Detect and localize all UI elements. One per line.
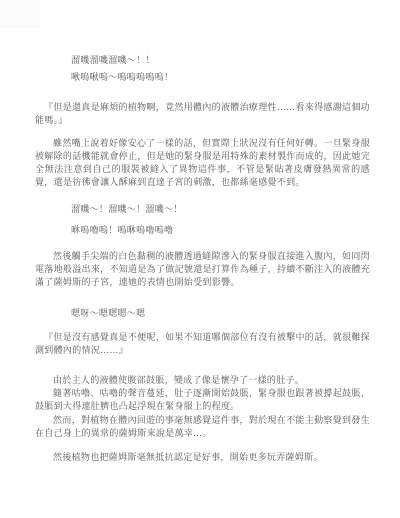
body-paragraph: 隨著咕嚕、咕嚕的聲音蔓延，肚子逐漸開始鼓脹，緊身服也跟著被撐起鼓脹，鼓脹到大得連…: [35, 387, 370, 413]
sound-line: 啾嗚啾嗚～嗚嗚嗚嗚嗚！: [35, 71, 370, 84]
novel-page: 溜嘰溜嘰溜嘰～！！ 啾嗚啾嗚～嗚嗚嗚嗚嗚！ 『但是還真是麻煩的植物啊，竟然用體內…: [0, 0, 400, 518]
body-paragraph: 由於主人的液體使腹部鼓脹，變成了像是懷孕了一樣的肚子。: [35, 374, 370, 387]
corner-artifact: [0, 0, 40, 28]
sound-line: 溜嘰～！溜嘰～！溜嘰～！: [35, 203, 370, 216]
sound-line: 溜嘰溜嘰溜嘰～！！: [35, 54, 370, 67]
quote-paragraph: 『但是沒有感覺真是不便呢，如果不知道哪個部位有沒有被擊中的話，就很難探測到體內的…: [35, 331, 370, 357]
body-paragraph: 然後植物也把薩姆斯毫無抵抗認定是好事，開始更多玩弄薩姆斯。: [35, 451, 370, 464]
body-paragraph: 然後觸手尖端的白色黏稠的液體透過縫隙滲入的緊身服直接進入腹內，如同閃電落地般溢出…: [35, 250, 370, 289]
body-paragraph: 然而，對植物在體內回遊的事毫無感覺這件事，對於現在不能主動察覺到發生在自己身上的…: [35, 414, 370, 440]
sound-line: 咻嗚嚕嗚！嗚咻嗚嚕嗚嚕: [35, 224, 370, 237]
sound-line: 嗯呀～嗯嗯嗯～嗯: [35, 307, 370, 320]
quote-paragraph: 『但是還真是麻煩的植物啊，竟然用體內的液體治療理性……看來得感謝這個功能嗎。』: [35, 101, 370, 127]
body-paragraph: 雖然嘴上說着好像安心了一樣的話，但實際上狀況沒有任何好轉。一旦緊身服被解除的話機…: [35, 137, 370, 189]
